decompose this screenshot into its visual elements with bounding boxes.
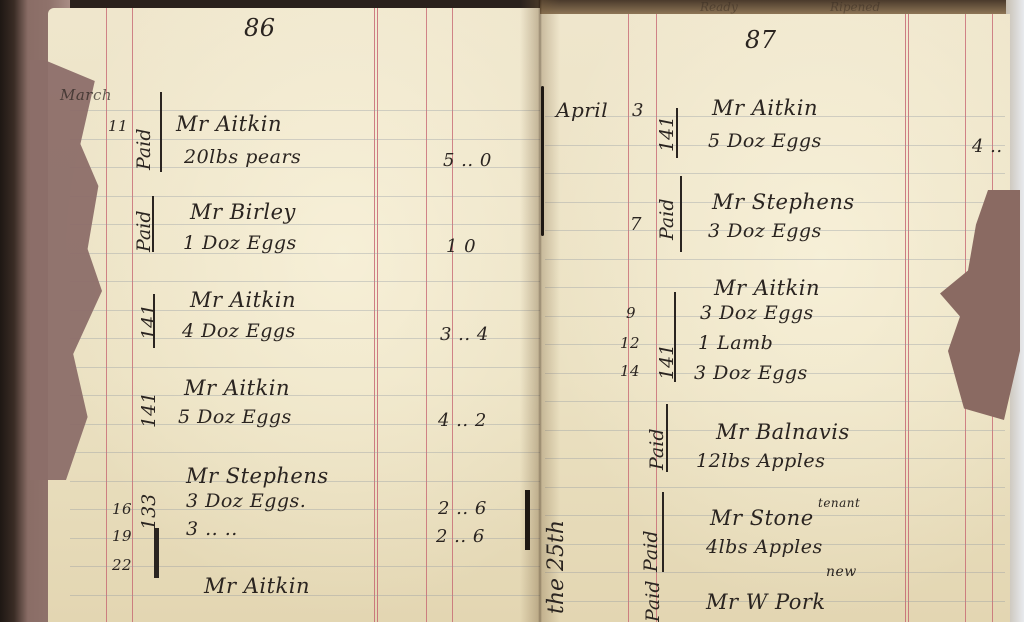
- entry-date: 9: [626, 304, 636, 322]
- money-column-line: [374, 8, 378, 622]
- entry-amount: 3 .. 4: [440, 324, 489, 345]
- entry-item: 12lbs Apples: [696, 450, 825, 472]
- month-label: April: [556, 98, 608, 122]
- entry-date: 22: [112, 556, 132, 574]
- entry-date: 14: [620, 362, 640, 380]
- entry-bracket: [666, 404, 668, 472]
- entry-item: 3 Doz Eggs.: [186, 490, 306, 512]
- entry-item: 5 Doz Eggs: [708, 130, 822, 152]
- entry-item: 4 Doz Eggs: [182, 320, 296, 342]
- entry-name: Mr Stephens: [712, 190, 855, 214]
- ruled-line: [545, 401, 1005, 402]
- entry-ref: 141: [138, 304, 160, 340]
- entry-ref: Paid: [642, 581, 664, 622]
- side-note: the 25th: [544, 520, 569, 614]
- entry-ref: Paid: [133, 129, 155, 171]
- entry-item: 5 Doz Eggs: [178, 406, 292, 428]
- entry-amount: 2 .. 6: [436, 526, 485, 547]
- entry-ref: 141: [656, 116, 678, 152]
- ruled-line: [70, 452, 540, 453]
- money-column-line: [426, 8, 427, 622]
- entry-amount: 2 .. 6: [438, 498, 487, 519]
- entry-name: Mr Stephens: [186, 464, 329, 488]
- entry-ref: Paid: [656, 199, 678, 241]
- entry-ref: 133: [138, 494, 160, 530]
- ruled-line: [70, 367, 540, 368]
- ruled-line: [70, 196, 540, 197]
- entry-ref: Paid: [646, 429, 668, 471]
- entry-item: 4lbs Apples: [706, 536, 823, 558]
- entry-bracket: [674, 292, 676, 382]
- entry-bracket: [662, 492, 664, 572]
- entry-item: 3 .. ..: [186, 518, 238, 540]
- entry-item: 3 Doz Eggs: [708, 220, 822, 242]
- page-number-right: 87: [745, 26, 777, 54]
- entry-bracket: [160, 92, 162, 172]
- entry-name: Mr W Pork: [706, 590, 826, 614]
- entry-item: 1 Lamb: [698, 332, 773, 354]
- entry-name: Mr Aitkin: [184, 376, 290, 400]
- entry-ref: 141: [138, 392, 160, 428]
- entry-name: Mr Aitkin: [190, 288, 296, 312]
- entry-item: 3 Doz Eggs: [700, 302, 814, 324]
- month-label: March: [60, 86, 112, 104]
- money-column-line: [905, 14, 909, 622]
- entry-name: Mr Aitkin: [712, 96, 818, 120]
- entry-name: Mr Balnavis: [716, 420, 850, 444]
- entry-amount: 5 .. 0: [443, 150, 492, 171]
- underlying-page-text: Ready: [700, 0, 738, 14]
- entry-item: 20lbs pears: [184, 146, 301, 168]
- entry-item: 3 Doz Eggs: [694, 362, 808, 384]
- entry-date: 3: [632, 100, 644, 121]
- entry-name: Mr Aitkin: [176, 112, 282, 136]
- entry-name: Mr Aitkin: [204, 574, 310, 598]
- ruled-line: [545, 572, 1005, 573]
- entry-amount: 1 0: [446, 236, 476, 257]
- entry-name: Mr Aitkin: [714, 276, 820, 300]
- ruled-line: [70, 281, 540, 282]
- entry-bracket: [152, 196, 154, 252]
- entry-date: 19: [112, 527, 132, 545]
- ruled-line: [545, 259, 1005, 260]
- entry-bracket: [680, 176, 682, 252]
- ruled-line: [545, 487, 1005, 488]
- entry-name: Mr Birley: [190, 200, 296, 224]
- page-number-left: 86: [244, 14, 276, 42]
- binding-thread: [541, 86, 544, 236]
- ruled-line: [545, 173, 1005, 174]
- binding-thread: [525, 490, 530, 550]
- entry-date: 12: [620, 334, 640, 352]
- book-cover-top: [540, 0, 1010, 14]
- entry-name: Mr Stone: [710, 506, 814, 530]
- entry-superscript: new: [826, 564, 857, 580]
- entry-date: 7: [630, 214, 642, 235]
- entry-bracket: [153, 294, 155, 348]
- ruled-line: [545, 344, 1005, 345]
- entry-item: 1 Doz Eggs: [183, 232, 297, 254]
- entry-bracket: [154, 528, 159, 578]
- entry-bracket: [676, 108, 678, 158]
- ruled-line: [70, 566, 540, 567]
- entry-amount: 4 ..: [972, 136, 1003, 157]
- ledger-photo: Ready Ripened 86 March 11 Paid Mr Aitkin…: [0, 0, 1024, 622]
- margin-line: [132, 8, 133, 622]
- entry-superscript: tenant: [818, 496, 860, 510]
- ruled-line: [70, 110, 540, 111]
- entry-amount: 4 .. 2: [438, 410, 487, 431]
- entry-date: 16: [112, 500, 132, 518]
- entry-ref: Paid: [640, 531, 662, 573]
- underlying-page-text: Ripened: [830, 0, 880, 14]
- entry-date: 11: [108, 117, 128, 135]
